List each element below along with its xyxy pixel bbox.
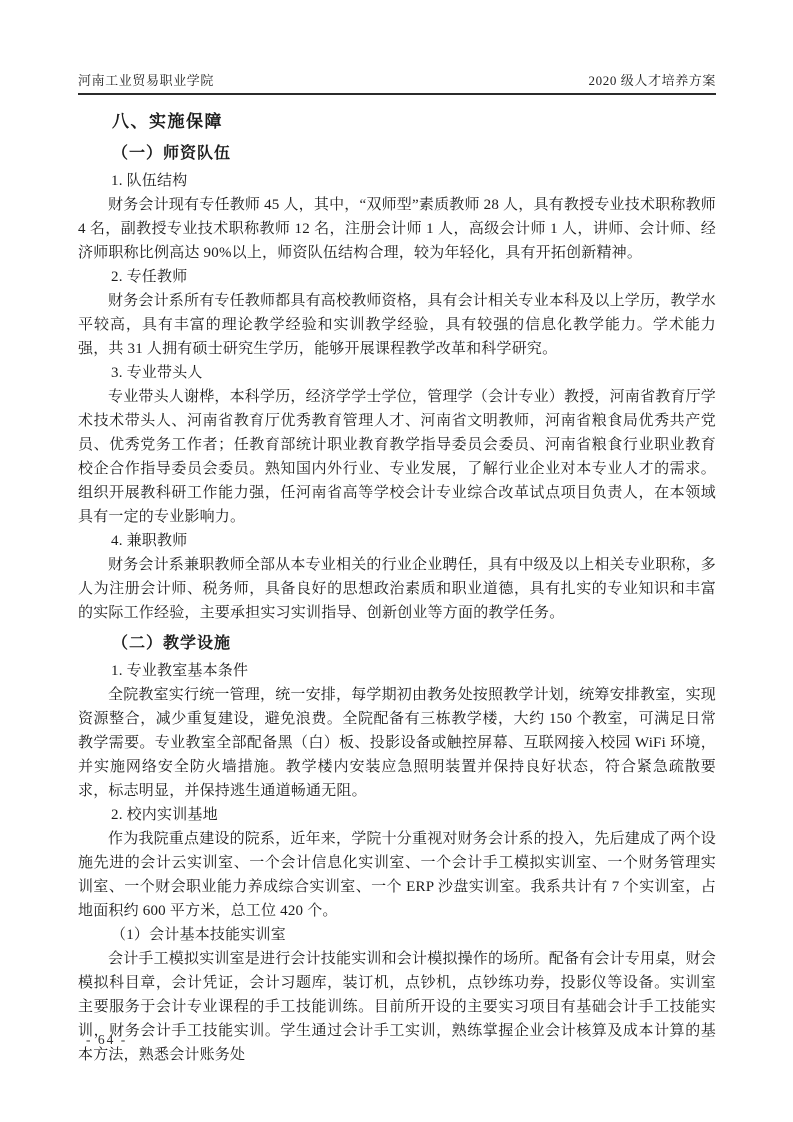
numbered-heading-parttime-teachers: 4. 兼职教师 [78,529,716,553]
document-page: 河南工业贸易职业学院 2020 级人才培养方案 八、实施保障 （一）师资队伍 1… [0,0,793,1122]
body-paragraph-team-structure: 财务会计现有专任教师 45 人，其中，“双师型”素质教师 28 人，具有教授专业… [78,193,716,265]
body-paragraph-fulltime-teachers: 财务会计系所有专任教师都具有高校教师资格，具有会计相关专业本科及以上学历，教学水… [78,289,716,361]
section-heading: 八、实施保障 [112,109,716,135]
numbered-heading-accounting-skills-lab: （1）会计基本技能实训室 [78,923,716,947]
numbered-heading-team-structure: 1. 队伍结构 [78,169,716,193]
numbered-heading-fulltime-teachers: 2. 专任教师 [78,265,716,289]
numbered-heading-campus-training-base: 2. 校内实训基地 [78,803,716,827]
document-body: 八、实施保障 （一）师资队伍 1. 队伍结构 财务会计现有专任教师 45 人，其… [78,109,716,1067]
subsection-heading-facilities: （二）教学设施 [112,631,716,657]
numbered-heading-classroom-conditions: 1. 专业教室基本条件 [78,659,716,683]
numbered-heading-program-leader: 3. 专业带头人 [78,361,716,385]
body-paragraph-classroom-conditions: 全院教室实行统一管理，统一安排，每学期初由教务处按照教学计划，统筹安排教室，实现… [78,683,716,803]
body-paragraph-accounting-skills-lab: 会计手工模拟实训室是进行会计技能实训和会计模拟操作的场所。配备有会计专用桌，财会… [78,947,716,1067]
header-doc-title: 2020 级人才培养方案 [589,70,716,89]
header-school-name: 河南工业贸易职业学院 [78,70,214,89]
body-paragraph-program-leader: 专业带头人谢桦，本科学历，经济学学士学位，管理学（会计专业）教授，河南省教育厅学… [78,385,716,529]
body-paragraph-parttime-teachers: 财务会计系兼职教师全部从本专业相关的行业企业聘任，具有中级及以上相关专业职称，多… [78,553,716,625]
page-number: - 64 - [86,1032,127,1048]
page-header: 河南工业贸易职业学院 2020 级人才培养方案 [78,70,716,95]
subsection-heading-faculty: （一）师资队伍 [112,141,716,167]
body-paragraph-campus-training-base: 作为我院重点建设的院系，近年来，学院十分重视对财务会计系的投入，先后建成了两个设… [78,827,716,923]
